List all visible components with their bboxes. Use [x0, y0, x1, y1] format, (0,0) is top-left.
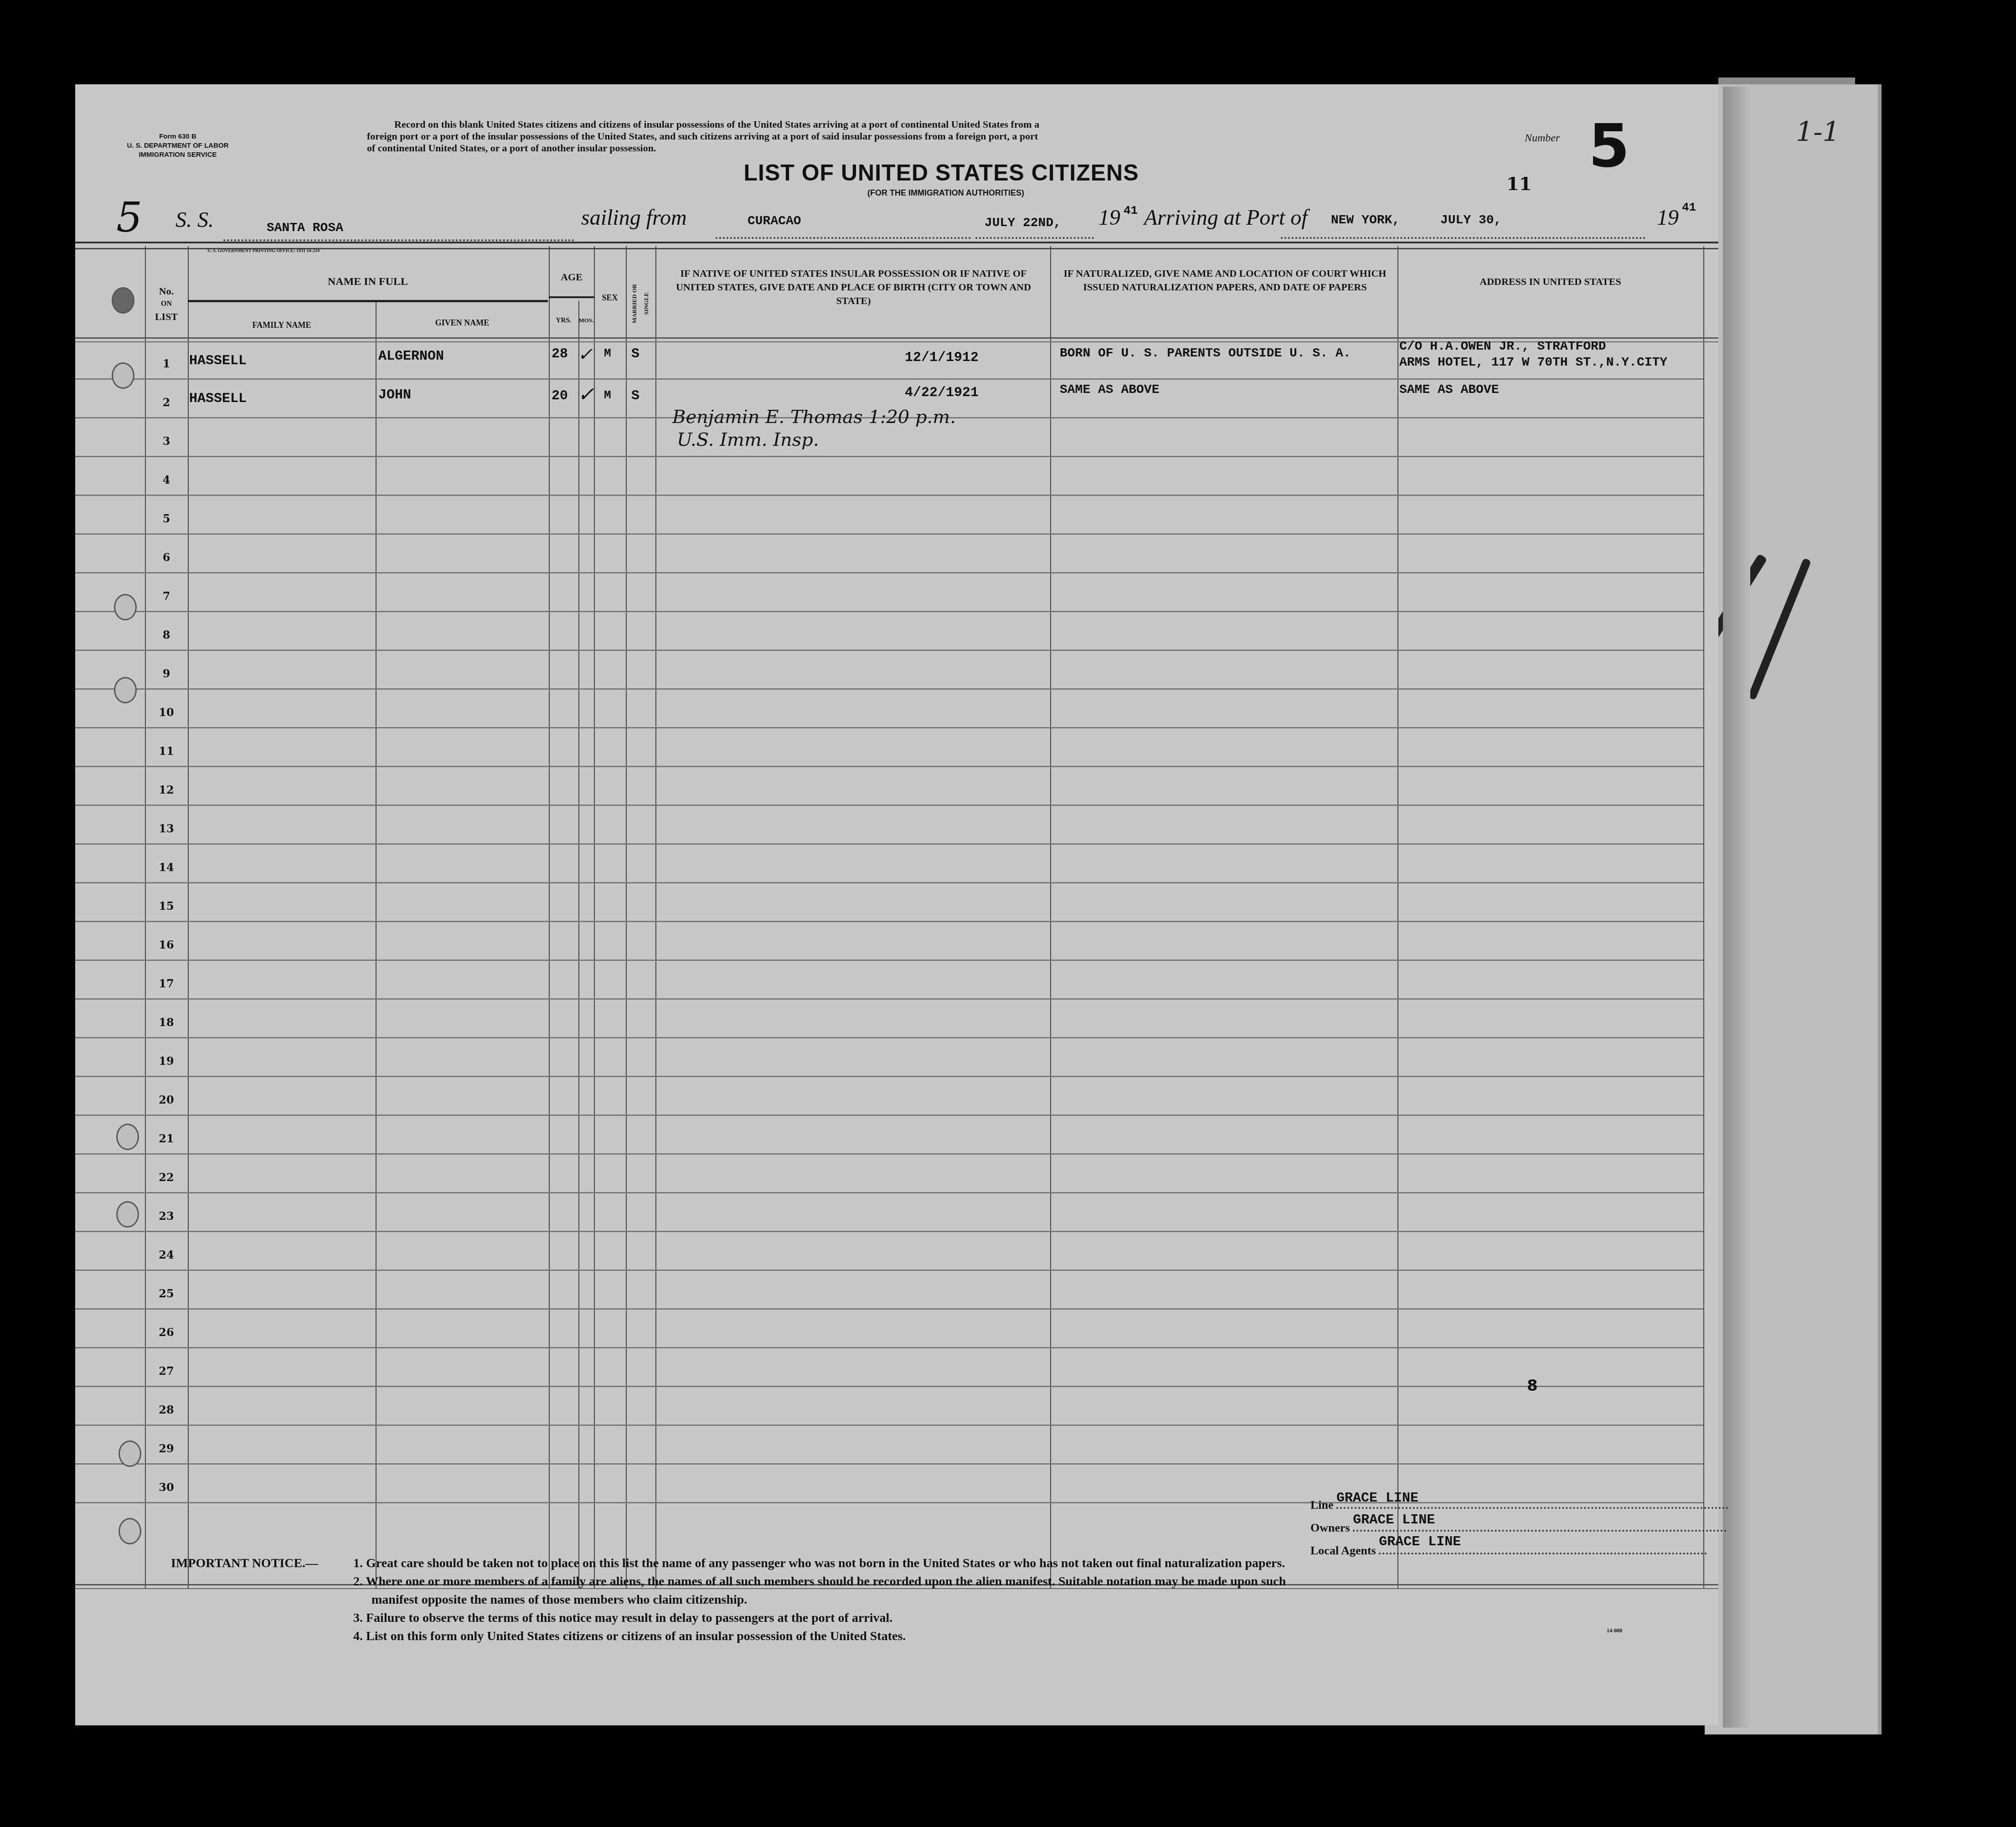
departure-port: CURACAO	[748, 214, 801, 228]
given-name-cell: JOHN	[378, 387, 411, 403]
line-field: Line GRACE LINE	[1310, 1495, 1762, 1512]
column-divider	[376, 301, 376, 1589]
row-divider	[75, 1347, 1703, 1348]
row-number: 29	[153, 1442, 180, 1455]
header-text: ON	[145, 298, 188, 310]
row-divider	[75, 533, 1703, 535]
row-number: 17	[153, 977, 180, 990]
header-family-name: FAMILY NAME	[188, 319, 376, 331]
row-divider	[75, 882, 1703, 883]
row-divider	[75, 1463, 1703, 1465]
page-shadow	[1723, 87, 1750, 1728]
sex-cell: M	[604, 388, 611, 402]
family-name-cell: HASSELL	[189, 353, 247, 369]
check-icon: ✓	[577, 344, 593, 365]
notice-item: 2. Where one or more members of a family…	[353, 1573, 1675, 1591]
row-number: 30	[153, 1481, 180, 1494]
header-no-on-list: No. ON LIST	[145, 285, 188, 323]
row-divider	[75, 1037, 1703, 1038]
birth-cell: 4/22/1921	[905, 385, 979, 401]
row-number: 15	[153, 899, 180, 913]
row-divider	[75, 650, 1703, 651]
row-divider	[75, 921, 1703, 922]
ship-field: SANTA ROSA	[223, 221, 574, 241]
notice-item: 4. List on this form only United States …	[353, 1627, 1675, 1646]
row-divider	[75, 727, 1703, 728]
row-number: 12	[153, 783, 180, 796]
punch-hole	[114, 594, 137, 620]
row-number: 9	[153, 667, 180, 680]
row-number: 2	[153, 396, 180, 409]
row-number: 22	[153, 1171, 180, 1184]
instruction-line: Record on this blank United States citiz…	[367, 119, 1506, 130]
address-line-1: C/O H.A.OWEN JR., STRATFORD	[1399, 340, 1606, 354]
row-number: 23	[153, 1209, 180, 1223]
punch-hole	[119, 1518, 141, 1544]
line-label: Line	[1310, 1498, 1334, 1512]
column-divider	[578, 301, 579, 1589]
column-divider	[655, 246, 656, 1589]
row-number: 20	[153, 1093, 180, 1106]
row-divider	[75, 766, 1703, 767]
crayon-mark-stroke	[1748, 558, 1811, 701]
header-sex: SEX	[594, 292, 626, 304]
column-divider	[188, 246, 189, 1589]
row-divider	[75, 1231, 1703, 1232]
address-line-1: SAME AS ABOVE	[1399, 383, 1499, 397]
form-number: Form 630 B	[103, 132, 253, 141]
header-address: ADDRESS IN UNITED STATES	[1397, 276, 1703, 288]
header-name-in-full: NAME IN FULL	[188, 276, 548, 288]
line-value: GRACE LINE	[1336, 1491, 1418, 1506]
inspector-title: U.S. Imm. Insp.	[677, 429, 819, 450]
row-number: 24	[153, 1248, 180, 1261]
column-divider	[1397, 246, 1398, 1589]
passenger-table: No. ON LIST NAME IN FULL FAMILY NAME GIV…	[75, 246, 1718, 1589]
departure-year-prefix: 19	[1098, 205, 1120, 230]
arrival-field: NEW YORK, JULY 30,	[1281, 219, 1645, 239]
header-married-single: MARRIED OR SINGLE	[629, 276, 652, 331]
row-divider	[75, 378, 1703, 380]
header-text: No.	[145, 285, 188, 298]
row-number: 10	[153, 706, 180, 719]
row-number: 3	[153, 434, 180, 448]
manifest-page: Form 630 B U. S. DEPARTMENT OF LABOR IMM…	[75, 84, 1718, 1725]
departure-year: 41	[1124, 204, 1138, 217]
header-age: AGE	[549, 271, 594, 283]
important-notice: IMPORTANT NOTICE.—1. Great care should b…	[171, 1554, 1675, 1646]
row-divider	[75, 1115, 1703, 1116]
row-divider	[75, 1153, 1703, 1155]
row-divider	[75, 1270, 1703, 1271]
header-native-birth: IF NATIVE OF UNITED STATES INSULAR POSSE…	[663, 267, 1044, 308]
page-subtitle: (FOR THE IMMIGRATION AUTHORITIES)	[786, 188, 1105, 198]
row-divider	[75, 688, 1703, 690]
row-divider	[75, 805, 1703, 806]
punch-hole	[116, 1124, 139, 1150]
punch-hole	[114, 677, 137, 703]
notice-item-continued: manifest opposite the names of those mem…	[371, 1591, 1675, 1609]
header-given-name: GIVEN NAME	[376, 317, 549, 329]
page-title: LIST OF UNITED STATES CITIZENS	[654, 160, 1228, 186]
header-mos: MOS.	[578, 315, 594, 326]
form-instructions: Record on this blank United States citiz…	[367, 119, 1506, 154]
marital-cell: S	[631, 346, 639, 362]
ss-label-wrap: S. S.	[175, 207, 214, 232]
row-number: 18	[153, 1016, 180, 1029]
ss-label: S. S.	[175, 208, 214, 232]
sailing-from-label: sailing from	[581, 205, 687, 230]
row-divider	[75, 1308, 1703, 1310]
age-yrs-cell: 20	[552, 388, 568, 404]
header-naturalized: IF NATURALIZED, GIVE NAME AND LOCATION O…	[1060, 267, 1390, 294]
row-divider	[75, 572, 1703, 573]
column-divider	[626, 246, 627, 1589]
row-divider	[75, 456, 1703, 457]
row-number: 26	[153, 1326, 180, 1339]
address-line-2: ARMS HOTEL, 117 W 70TH ST.,N.Y.CITY	[1399, 356, 1667, 370]
form-code: 14-008	[1607, 1627, 1622, 1634]
pencil-mark: 1-1	[1796, 116, 1840, 148]
notice-item: 3. Failure to observe the terms of this …	[353, 1609, 1675, 1627]
punch-hole	[119, 1440, 141, 1467]
row-divider	[75, 1076, 1703, 1077]
naturalization-cell: SAME AS ABOVE	[1060, 383, 1159, 397]
departure-port-field: CURACAO	[716, 219, 971, 239]
owners-value: GRACE LINE	[1353, 1512, 1435, 1528]
punch-hole	[112, 287, 134, 314]
inspector-signature: Benjamin E. Thomas 1:20 p.m.	[672, 407, 956, 428]
age-group-rule	[549, 296, 594, 298]
list-number: 5	[1588, 116, 1629, 175]
instruction-line: of continental United States, or a port …	[367, 142, 1506, 154]
row-divider	[75, 1386, 1703, 1387]
row-number: 1	[153, 357, 180, 370]
handwritten-page-number: 5	[116, 194, 142, 242]
ship-name: SANTA ROSA	[267, 221, 343, 235]
birth-cell: 12/1/1912	[905, 350, 979, 366]
sheet-number: 11	[1506, 173, 1532, 195]
column-divider	[145, 246, 146, 1589]
service: IMMIGRATION SERVICE	[103, 150, 253, 160]
sex-cell: M	[604, 346, 611, 360]
departure-date: JULY 22ND,	[985, 216, 1061, 230]
name-group-rule	[188, 300, 548, 302]
agents-value: GRACE LINE	[1379, 1534, 1461, 1550]
row-number: 25	[153, 1287, 180, 1300]
departure-date-field: JULY 22ND,	[975, 219, 1094, 239]
column-divider	[594, 246, 595, 1589]
marital-cell: S	[631, 388, 639, 404]
department: U. S. DEPARTMENT OF LABOR	[103, 141, 253, 150]
row-number: 6	[153, 551, 180, 564]
column-divider	[549, 246, 550, 1589]
row-divider	[75, 998, 1703, 1000]
row-number: 8	[153, 628, 180, 641]
arrival-year-prefix: 19	[1657, 205, 1679, 230]
owners-field: Owners GRACE LINE	[1310, 1518, 1762, 1535]
row-divider	[75, 611, 1703, 612]
row-number: 21	[153, 1132, 180, 1145]
row-number: 4	[153, 473, 180, 486]
notice-item: 1. Great care should be taken not to pla…	[353, 1556, 1285, 1570]
header-text: LIST	[145, 310, 188, 323]
row-number: 28	[153, 1403, 180, 1416]
row-number: 13	[153, 822, 180, 835]
form-identification: Form 630 B U. S. DEPARTMENT OF LABOR IMM…	[103, 132, 253, 160]
punch-hole	[112, 362, 134, 389]
family-name-cell: HASSELL	[189, 391, 247, 407]
row-number: 5	[153, 512, 180, 525]
given-name-cell: ALGERNON	[378, 349, 444, 364]
owners-label: Owners	[1310, 1521, 1350, 1534]
column-divider	[1050, 246, 1051, 1589]
column-divider	[1703, 246, 1704, 1589]
arrival-date: JULY 30,	[1440, 213, 1501, 227]
stray-mark-number: 8	[1527, 1377, 1538, 1395]
number-label: Number	[1525, 132, 1560, 145]
row-number: 27	[153, 1364, 180, 1378]
row-number: 19	[153, 1054, 180, 1068]
row-divider	[75, 843, 1703, 845]
row-number: 7	[153, 589, 180, 603]
row-divider	[75, 1192, 1703, 1193]
notice-label: IMPORTANT NOTICE.—	[171, 1554, 353, 1573]
row-number: 11	[153, 744, 180, 758]
instruction-line: foreign port or a port of the insular po…	[367, 130, 1506, 142]
row-divider	[75, 1424, 1703, 1426]
row-divider	[75, 495, 1703, 496]
row-number: 16	[153, 938, 180, 951]
punch-hole	[116, 1201, 139, 1228]
naturalization-cell: BORN OF U. S. PARENTS OUTSIDE U. S. A.	[1060, 346, 1351, 361]
header-yrs: YRS.	[549, 315, 578, 326]
arrival-year: 41	[1682, 201, 1696, 214]
arrival-port: NEW YORK,	[1331, 213, 1400, 227]
check-icon: ✓	[577, 383, 594, 406]
row-number: 14	[153, 861, 180, 874]
row-divider	[75, 960, 1703, 961]
age-yrs-cell: 28	[552, 346, 568, 362]
